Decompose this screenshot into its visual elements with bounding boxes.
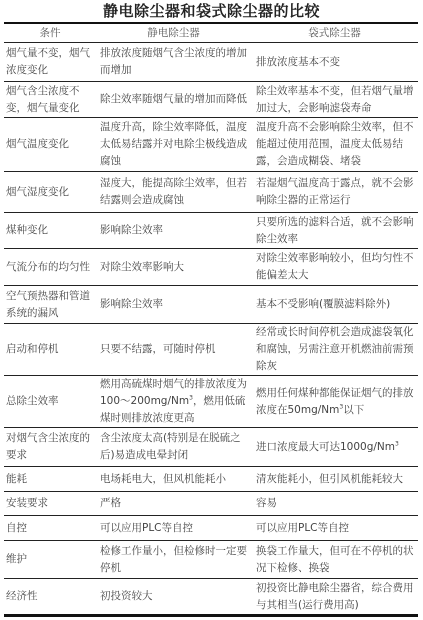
cell-bag: 经常或长时间停机会造成滤袋氧化和腐蚀，另需注意开机燃油前需预除灰 (251, 324, 418, 376)
cell-esp: 初投资较大 (96, 579, 251, 616)
cell-condition: 烟气温度变化 (4, 118, 96, 172)
cell-esp: 湿度大，能提高除尘效率，但若结露则会造成腐蚀 (96, 172, 251, 213)
cell-bag: 基本不受影响(覆膜滤料除外) (251, 286, 418, 324)
cell-bag: 对除尘效率影响较小，但均匀性不能偏差太大 (251, 249, 418, 286)
table-row: 经济性初投资较大初投资比静电除尘器省，综合费用与其相当(运行费用高) (4, 579, 418, 616)
cell-bag: 燃用任何煤种都能保证烟气的排放浓度在50mg/Nm3以下 (251, 376, 418, 428)
cell-esp: 影响除尘效率 (96, 213, 251, 249)
cell-esp: 温度升高，除尘效率降低，温度太低易结露并对电除尘极线造成腐蚀 (96, 118, 251, 172)
cell-bag: 清灰能耗小，但引风机能耗较大 (251, 467, 418, 492)
table-row: 自控可以应用PLC等自控可以应用PLC等自控 (4, 516, 418, 541)
cell-condition: 启动和停机 (4, 324, 96, 376)
cell-esp: 排放浓度随烟气含尘浓度的增加而增加 (96, 43, 251, 82)
cell-esp: 检修工作量小，但检修时一定要停机 (96, 541, 251, 579)
table-header-row: 条件 静电除尘器 袋式除尘器 (4, 23, 418, 43)
table-row: 能耗电场耗电大，但风机能耗小清灰能耗小，但引风机能耗较大 (4, 467, 418, 492)
cell-esp: 燃用高硫煤时烟气的排放浓度为100～200mg/Nm3，燃用低硫煤时则排放浓度更… (96, 376, 251, 428)
table-row: 气流分布的均匀性对除尘效率影响大对除尘效率影响较小，但均匀性不能偏差太大 (4, 249, 418, 286)
cell-bag: 只要所选的滤料合适，就不会影响除尘效率 (251, 213, 418, 249)
cell-condition: 能耗 (4, 467, 96, 492)
table-row: 总除尘效率燃用高硫煤时烟气的排放浓度为100～200mg/Nm3，燃用低硫煤时则… (4, 376, 418, 428)
table-row: 启动和停机只要不结露，可随时停机经常或长时间停机会造成滤袋氧化和腐蚀，另需注意开… (4, 324, 418, 376)
cell-esp: 严格 (96, 492, 251, 516)
cell-condition: 烟气湿度变化 (4, 172, 96, 213)
header-condition: 条件 (4, 23, 96, 43)
cell-esp: 对除尘效率影响大 (96, 249, 251, 286)
table-row: 烟气量不变，烟气浓度变化排放浓度随烟气含尘浓度的增加而增加排放浓度基本不变 (4, 43, 418, 82)
cell-esp: 影响除尘效率 (96, 286, 251, 324)
cell-bag: 排放浓度基本不变 (251, 43, 418, 82)
cell-esp: 只要不结露，可随时停机 (96, 324, 251, 376)
comparison-table: 条件 静电除尘器 袋式除尘器 烟气量不变，烟气浓度变化排放浓度随烟气含尘浓度的增… (4, 22, 418, 617)
cell-condition: 自控 (4, 516, 96, 541)
header-esp: 静电除尘器 (96, 23, 251, 43)
table-row: 烟气温度变化温度升高，除尘效率降低，温度太低易结露并对电除尘极线造成腐蚀温度升高… (4, 118, 418, 172)
cell-bag: 温度升高不会影响除尘效率，但不能超过使用范围，温度太低易结露，会造成糊袋、堵袋 (251, 118, 418, 172)
cell-esp: 除尘效率随烟气量的增加而降低 (96, 82, 251, 118)
table-row: 维护检修工作量小，但检修时一定要停机换袋工作量大，但可在不停机的状况下检修、换袋 (4, 541, 418, 579)
cell-bag: 初投资比静电除尘器省，综合费用与其相当(运行费用高) (251, 579, 418, 616)
cell-esp: 可以应用PLC等自控 (96, 516, 251, 541)
cell-bag: 除尘效率基本不变，但若烟气量增加过大，会影响滤袋寿命 (251, 82, 418, 118)
table-row: 煤种变化影响除尘效率只要所选的滤料合适，就不会影响除尘效率 (4, 213, 418, 249)
cell-condition: 烟气量不变，烟气浓度变化 (4, 43, 96, 82)
cell-bag: 换袋工作量大，但可在不停机的状况下检修、换袋 (251, 541, 418, 579)
table-row: 空气预热器和管道系统的漏风影响除尘效率基本不受影响(覆膜滤料除外) (4, 286, 418, 324)
table-row: 安装要求严格容易 (4, 492, 418, 516)
cell-bag: 若湿烟气温度高于露点，就不会影响除尘器的正常运行 (251, 172, 418, 213)
cell-condition: 维护 (4, 541, 96, 579)
cell-bag: 可以应用PLC等自控 (251, 516, 418, 541)
cell-condition: 气流分布的均匀性 (4, 249, 96, 286)
cell-condition: 安装要求 (4, 492, 96, 516)
cell-bag: 进口浓度最大可达1000g/Nm3 (251, 428, 418, 467)
cell-condition: 烟气含尘浓度不变，烟气量变化 (4, 82, 96, 118)
table-row: 烟气含尘浓度不变，烟气量变化除尘效率随烟气量的增加而降低除尘效率基本不变，但若烟… (4, 82, 418, 118)
header-bag: 袋式除尘器 (251, 23, 418, 43)
cell-condition: 对烟气含尘浓度的要求 (4, 428, 96, 467)
cell-esp: 含尘浓度太高(特别是在脱硫之后)易造成电晕封闭 (96, 428, 251, 467)
cell-bag: 容易 (251, 492, 418, 516)
table-row: 烟气湿度变化湿度大，能提高除尘效率，但若结露则会造成腐蚀若湿烟气温度高于露点，就… (4, 172, 418, 213)
cell-condition: 经济性 (4, 579, 96, 616)
document-title: 静电除尘器和袋式除尘器的比较 (0, 2, 423, 20)
cell-condition: 总除尘效率 (4, 376, 96, 428)
cell-condition: 煤种变化 (4, 213, 96, 249)
table-row: 对烟气含尘浓度的要求含尘浓度太高(特别是在脱硫之后)易造成电晕封闭进口浓度最大可… (4, 428, 418, 467)
cell-esp: 电场耗电大，但风机能耗小 (96, 467, 251, 492)
cell-condition: 空气预热器和管道系统的漏风 (4, 286, 96, 324)
